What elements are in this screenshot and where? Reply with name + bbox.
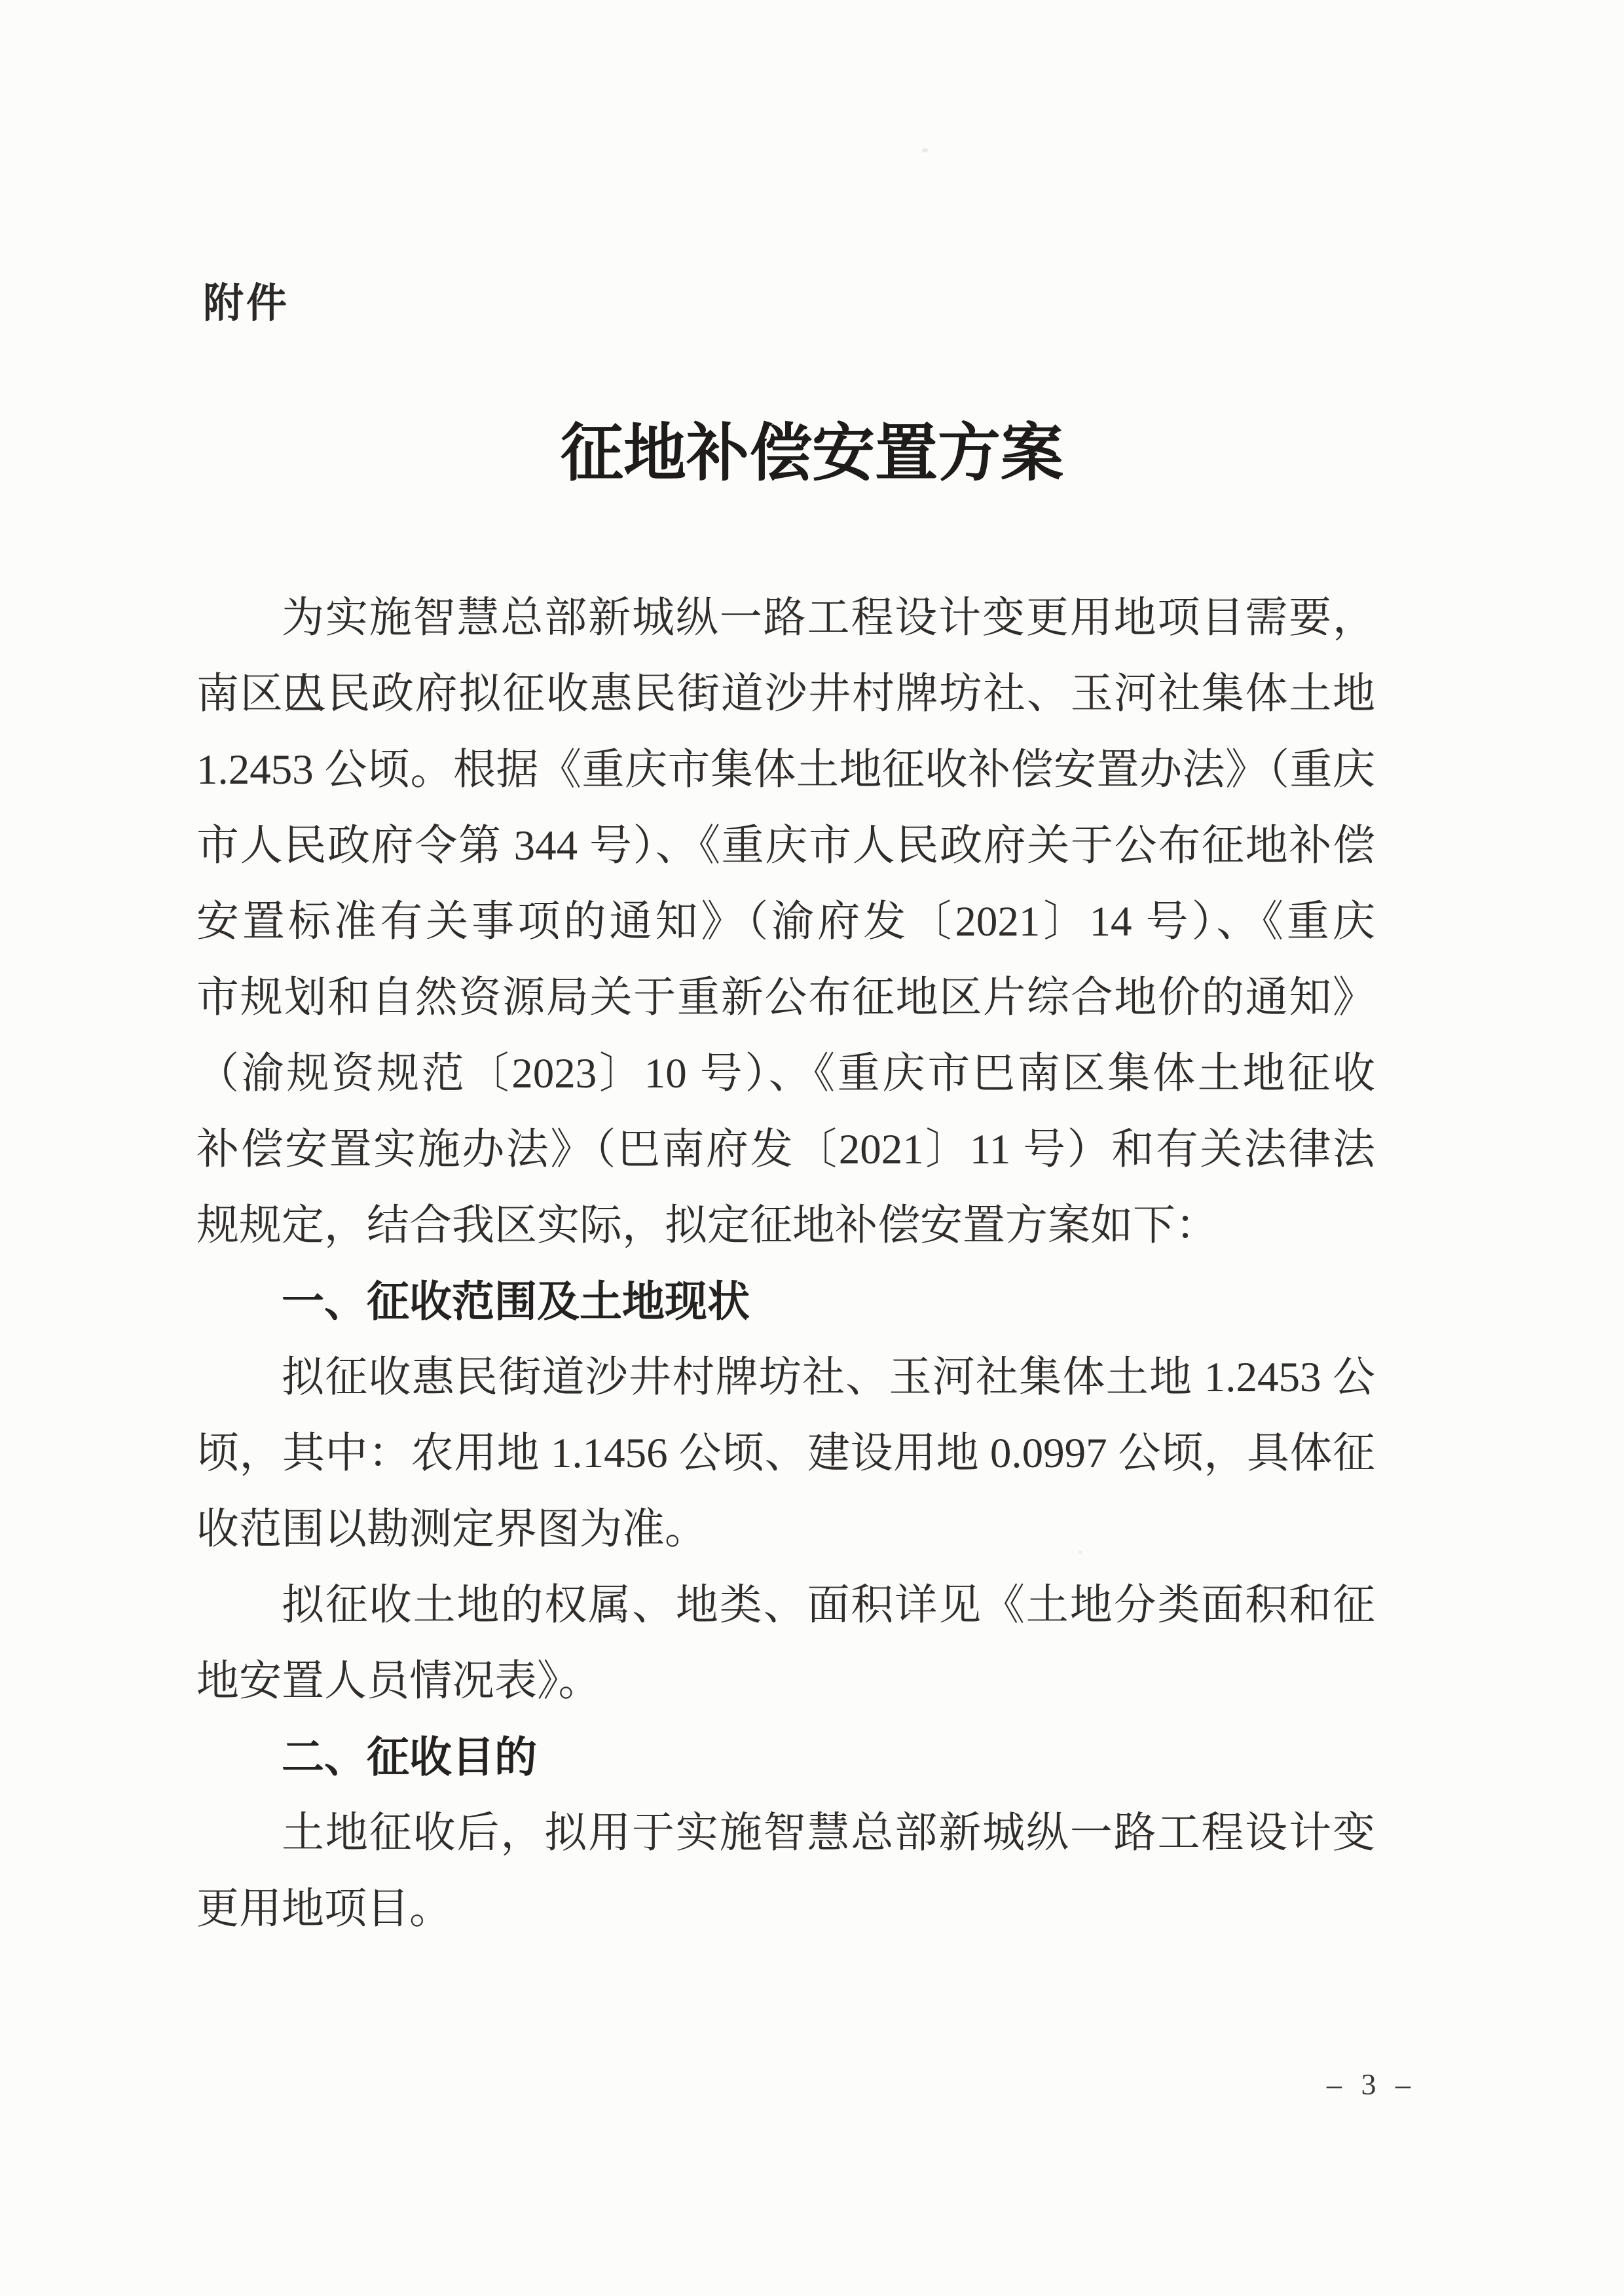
body-line: （渝规资规范〔2023〕10 号）、《重庆市巴南区集体土地征收 [196,1036,1375,1112]
body-line: 地安置人员情况表》。 [196,1643,1375,1719]
scan-speck [922,148,928,153]
body-line: 更用地项目。 [196,1871,1375,1947]
document-body: 为实施智慧总部新城纵一路工程设计变更用地项目需要，巴南区人民政府拟征收惠民街道沙… [196,580,1375,1947]
page-number: – 3 – [1327,2066,1411,2102]
page-title: 征地补偿安置方案 [0,419,1624,488]
body-line: 为实施智慧总部新城纵一路工程设计变更用地项目需要，巴 [196,580,1375,656]
section-heading: 二、征收目的 [196,1719,1375,1795]
body-line: 市人民政府令第 344 号）、《重庆市人民政府关于公布征地补偿 [196,808,1375,884]
body-line: 市规划和自然资源局关于重新公布征地区片综合地价的通知》 [196,960,1375,1036]
body-line: 1.2453 公顷。根据《重庆市集体土地征收补偿安置办法》（重庆 [196,732,1375,808]
body-line: 补偿安置实施办法》（巴南府发〔2021〕11 号）和有关法律法 [196,1112,1375,1188]
body-line: 拟征收惠民街道沙井村牌坊社、玉河社集体土地 1.2453 公 [196,1339,1375,1415]
body-line: 土地征收后，拟用于实施智慧总部新城纵一路工程设计变 [196,1795,1375,1871]
section-heading: 一、征收范围及土地现状 [196,1264,1375,1339]
body-line: 安置标准有关事项的通知》（渝府发〔2021〕14 号）、《重庆 [196,884,1375,960]
body-line: 南区人民政府拟征收惠民街道沙井村牌坊社、玉河社集体土地 [196,656,1375,732]
attachment-label: 附件 [203,282,289,326]
body-line: 规规定，结合我区实际，拟定征地补偿安置方案如下： [196,1188,1375,1264]
body-line: 收范围以勘测定界图为准。 [196,1491,1375,1567]
document-page: 附件 征地补偿安置方案 为实施智慧总部新城纵一路工程设计变更用地项目需要，巴南区… [0,0,1624,2296]
body-line: 拟征收土地的权属、地类、面积详见《土地分类面积和征 [196,1567,1375,1643]
body-line: 顷，其中：农用地 1.1456 公顷、建设用地 0.0997 公顷，具体征 [196,1415,1375,1491]
